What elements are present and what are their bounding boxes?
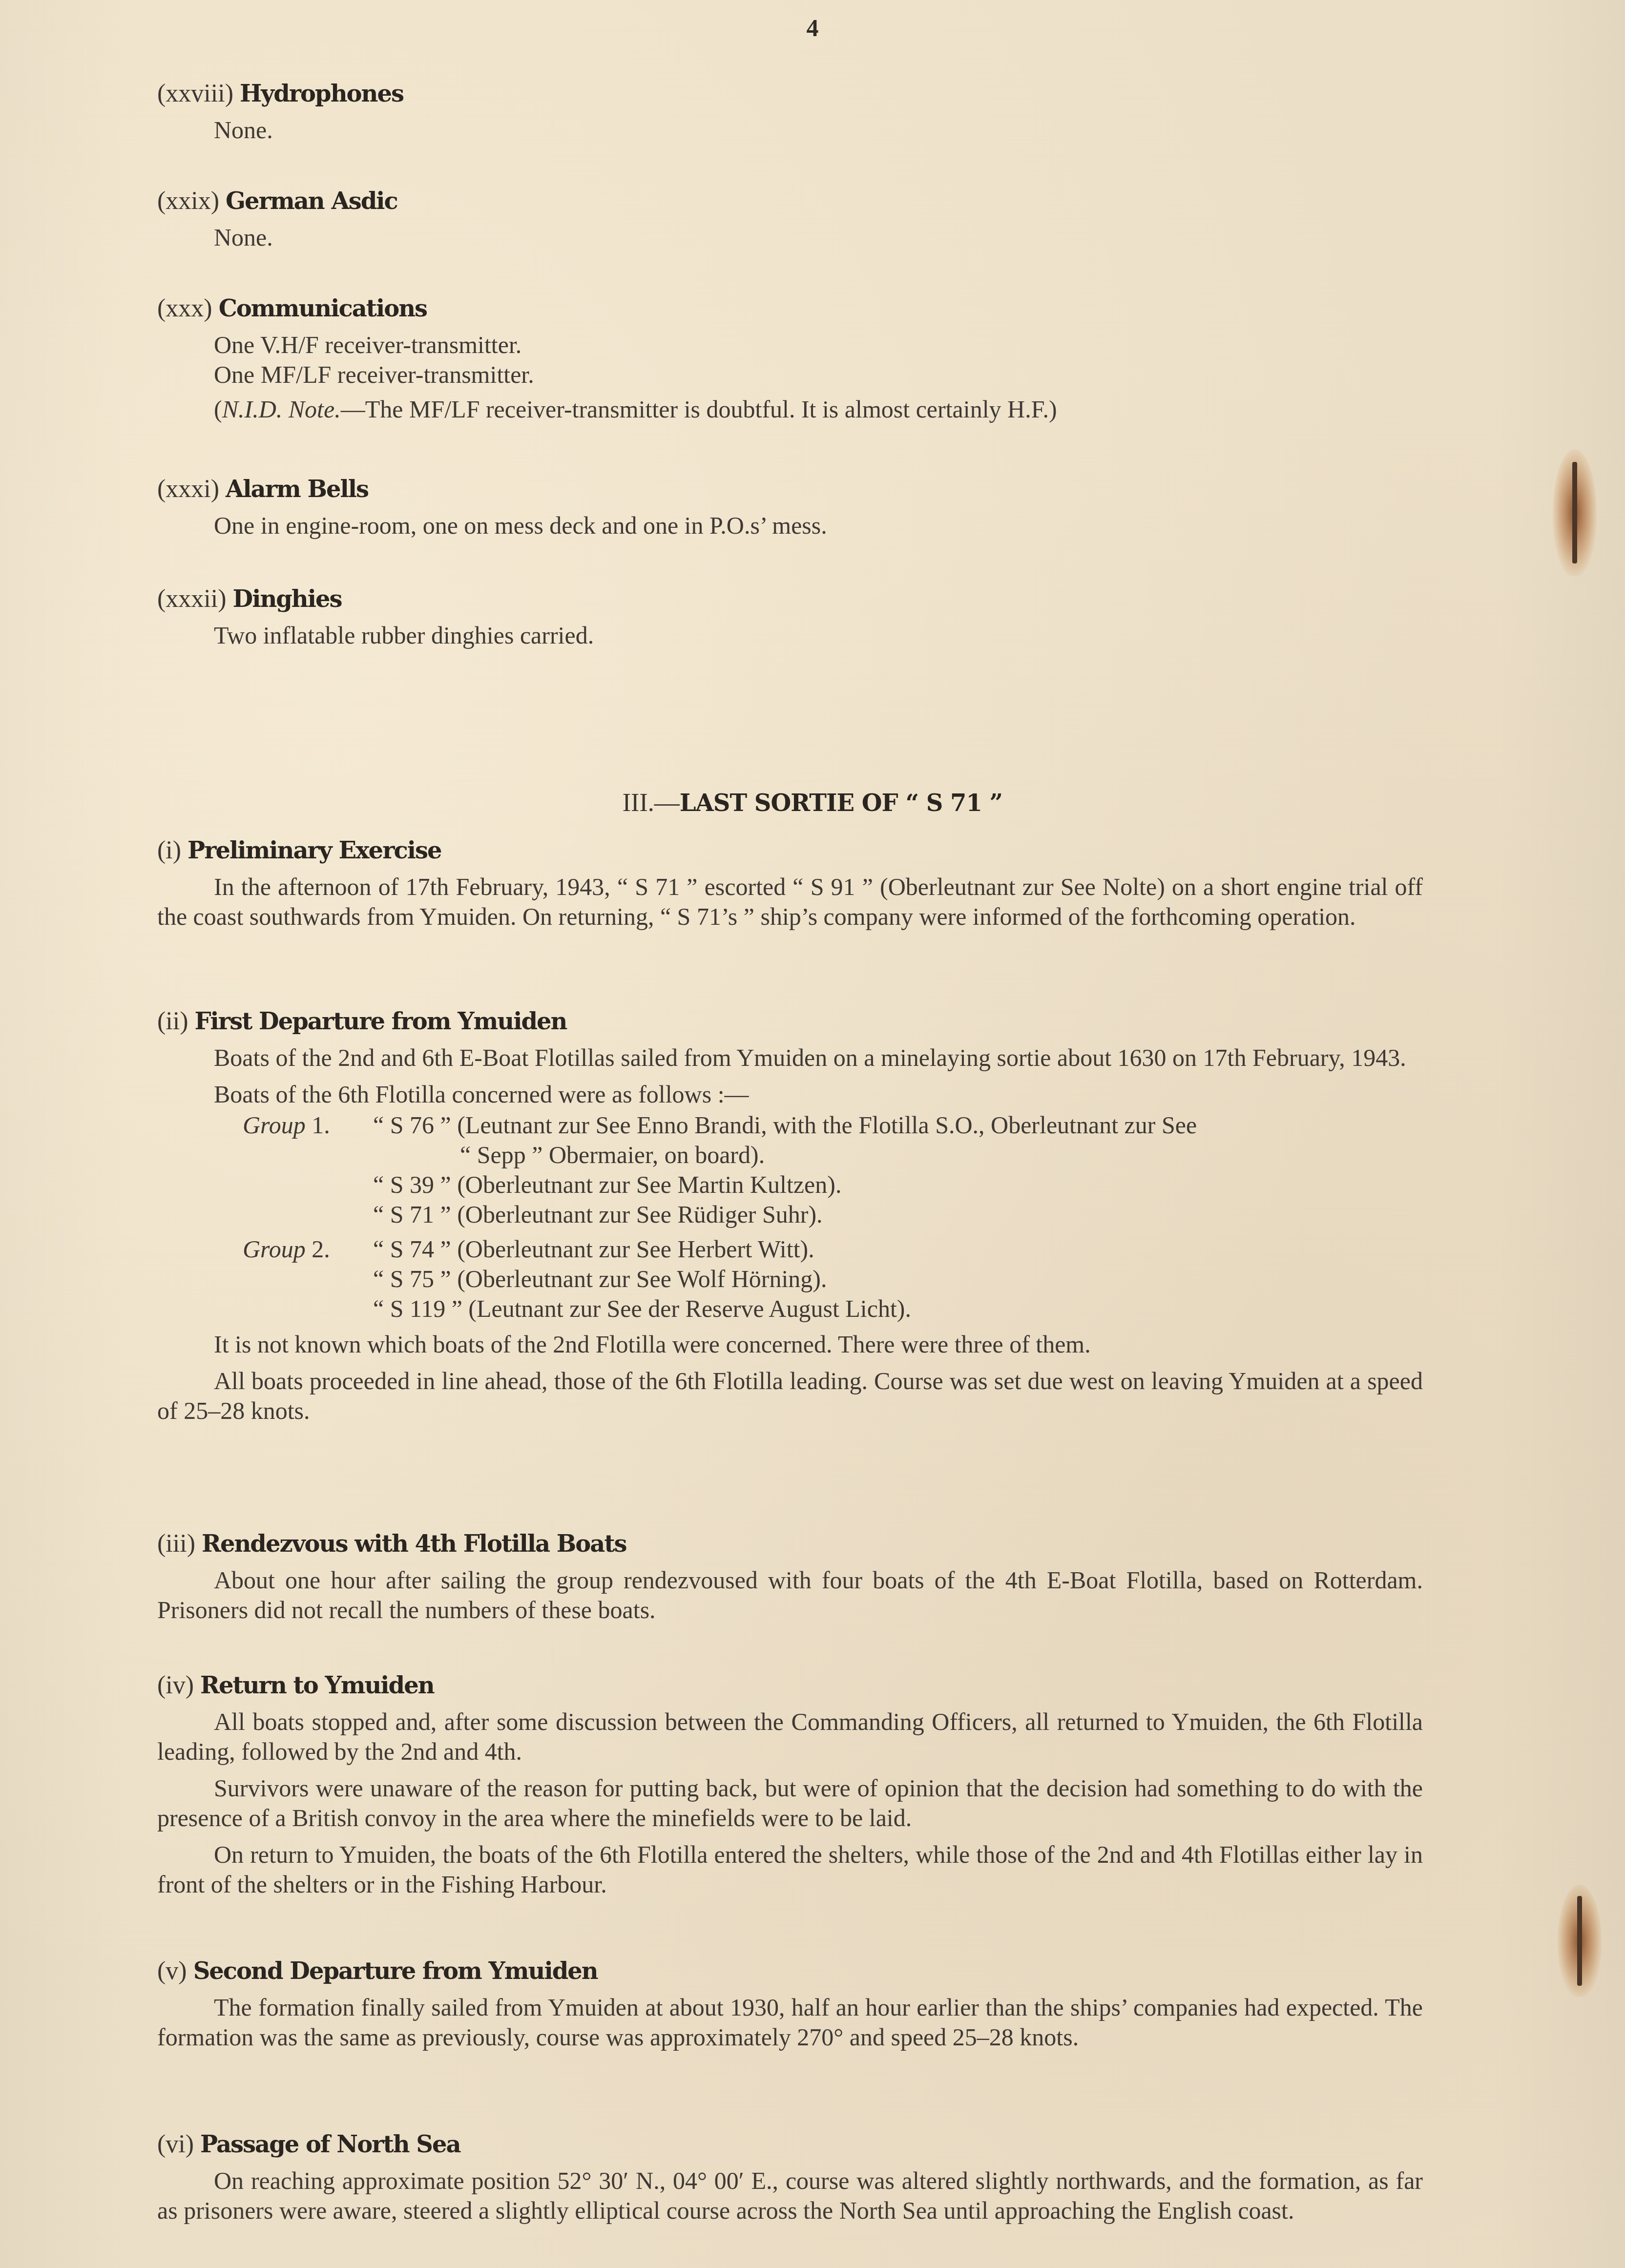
boat-entry: “ S 76 ” (Leutnant zur See Enno Brandi, …: [373, 1110, 1197, 1140]
group-label: Group 1.: [243, 1110, 330, 1140]
section-hydrophones: (xxviii) Hydrophones None.: [157, 78, 1423, 145]
boat-entry: “ S 74 ” (Oberleutnant zur See Herbert W…: [373, 1234, 814, 1264]
section-text: Two inflatable rubber dinghies carried.: [157, 621, 1423, 650]
paragraph: Survivors were unaware of the reason for…: [157, 1773, 1423, 1833]
section-title: Dinghies: [233, 585, 342, 613]
group-label: Group 2.: [243, 1234, 330, 1264]
nid-note: (N.I.D. Note.—The MF/LF receiver-transmi…: [157, 395, 1423, 424]
section-title: First Departure from Ymuiden: [195, 1008, 567, 1035]
section-german-asdic: (xxix) German Asdic None.: [157, 186, 1423, 252]
section-dinghies: (xxxii) Dinghies Two inflatable rubber d…: [157, 583, 1423, 650]
section-number: (ii): [157, 1007, 188, 1035]
section-number: (iv): [157, 1671, 194, 1699]
section-text: None.: [157, 115, 1423, 145]
section-rendezvous: (iii) Rendezvous with 4th Flotilla Boats…: [157, 1528, 1423, 1625]
paragraph: About one hour after sailing the group r…: [157, 1565, 1423, 1625]
section-heading: (i) Preliminary Exercise: [157, 835, 1423, 866]
section-return: (iv) Return to Ymuiden All boats stopped…: [157, 1670, 1423, 1899]
section-text: One in engine-room, one on mess deck and…: [157, 511, 1423, 541]
section-number: (i): [157, 836, 181, 864]
chapter-prefix: III.—: [623, 789, 680, 817]
section-number: (xxx): [157, 294, 212, 322]
paragraph: All boats stopped and, after some discus…: [157, 1707, 1423, 1767]
boat-entry: “ S 75 ” (Oberleutnant zur See Wolf Hörn…: [373, 1264, 827, 1294]
section-text: One V.H/F receiver-transmitter.: [157, 330, 1423, 360]
section-title: Preliminary Exercise: [187, 837, 441, 864]
section-passage-north-sea: (vi) Passage of North Sea On reaching ap…: [157, 2129, 1423, 2226]
section-number: (iii): [157, 1530, 195, 1558]
section-heading: (xxxii) Dinghies: [157, 583, 1423, 615]
section-title: Alarm Bells: [226, 476, 368, 503]
section-heading: (vi) Passage of North Sea: [157, 2129, 1423, 2160]
section-title: Hydrophones: [240, 80, 403, 107]
section-title: Second Departure from Ymuiden: [193, 1957, 598, 1985]
section-heading: (xxx) Communications: [157, 293, 1423, 324]
section-first-departure: (ii) First Departure from Ymuiden Boats …: [157, 1006, 1423, 1426]
staple-rust-stain: [1553, 449, 1597, 576]
paragraph: It is not known which boats of the 2nd F…: [157, 1330, 1423, 1359]
section-heading: (v) Second Departure from Ymuiden: [157, 1956, 1423, 1987]
section-number: (vi): [157, 2130, 194, 2158]
note-label: N.I.D. Note.: [222, 395, 341, 423]
section-number: (xxix): [157, 187, 219, 215]
section-title: Rendezvous with 4th Flotilla Boats: [202, 1530, 626, 1558]
section-communications: (xxx) Communications One V.H/F receiver-…: [157, 293, 1423, 424]
boat-entry: “ S 71 ” (Oberleutnant zur See Rüdiger S…: [373, 1200, 823, 1229]
section-title: Return to Ymuiden: [200, 1672, 434, 1699]
section-heading: (xxviii) Hydrophones: [157, 78, 1423, 109]
note-text: —The MF/LF receiver-transmitter is doubt…: [341, 395, 1057, 423]
chapter-title: LAST SORTIE OF “ S 71 ”: [680, 790, 1003, 817]
boat-group-2: Group 2. “ S 74 ” (Oberleutnant zur See …: [157, 1234, 1423, 1324]
paragraph: On return to Ymuiden, the boats of the 6…: [157, 1840, 1423, 1899]
boat-group-1: Group 1. “ S 76 ” (Leutnant zur See Enno…: [157, 1110, 1423, 1229]
page-number: 4: [0, 14, 1625, 42]
section-second-departure: (v) Second Departure from Ymuiden The fo…: [157, 1956, 1423, 2052]
section-heading: (xxix) German Asdic: [157, 186, 1423, 217]
paragraph: Boats of the 2nd and 6th E-Boat Flotilla…: [157, 1043, 1423, 1073]
paragraph: On reaching approximate position 52° 30′…: [157, 2166, 1423, 2226]
section-number: (xxviii): [157, 80, 233, 107]
section-title: Passage of North Sea: [200, 2131, 460, 2158]
paragraph: In the afternoon of 17th February, 1943,…: [157, 872, 1423, 932]
boat-entry: “ S 119 ” (Leutnant zur See der Reserve …: [373, 1294, 911, 1324]
section-text: None.: [157, 223, 1423, 252]
paragraph: All boats proceeded in line ahead, those…: [157, 1366, 1423, 1426]
section-number: (xxxii): [157, 585, 227, 613]
section-title: German Asdic: [226, 187, 397, 215]
paragraph: Boats of the 6th Flotilla concerned were…: [157, 1080, 1423, 1109]
boat-entry: “ S 39 ” (Oberleutnant zur See Martin Ku…: [373, 1170, 841, 1200]
chapter-heading: III.—LAST SORTIE OF “ S 71 ”: [0, 789, 1625, 817]
boat-entry-continued: “ Sepp ” Obermaier, on board).: [460, 1140, 765, 1170]
section-alarm-bells: (xxxi) Alarm Bells One in engine-room, o…: [157, 474, 1423, 541]
section-preliminary-exercise: (i) Preliminary Exercise In the afternoo…: [157, 835, 1423, 932]
section-heading: (ii) First Departure from Ymuiden: [157, 1006, 1423, 1037]
section-number: (xxxi): [157, 475, 219, 503]
section-heading: (iv) Return to Ymuiden: [157, 1670, 1423, 1701]
section-text: One MF/LF receiver-transmitter.: [157, 360, 1423, 390]
paragraph: The formation finally sailed from Ymuide…: [157, 1993, 1423, 2052]
section-heading: (iii) Rendezvous with 4th Flotilla Boats: [157, 1528, 1423, 1560]
section-number: (v): [157, 1957, 187, 1985]
staple-rust-stain: [1558, 1885, 1602, 1997]
section-title: Communications: [219, 295, 427, 322]
section-heading: (xxxi) Alarm Bells: [157, 474, 1423, 505]
